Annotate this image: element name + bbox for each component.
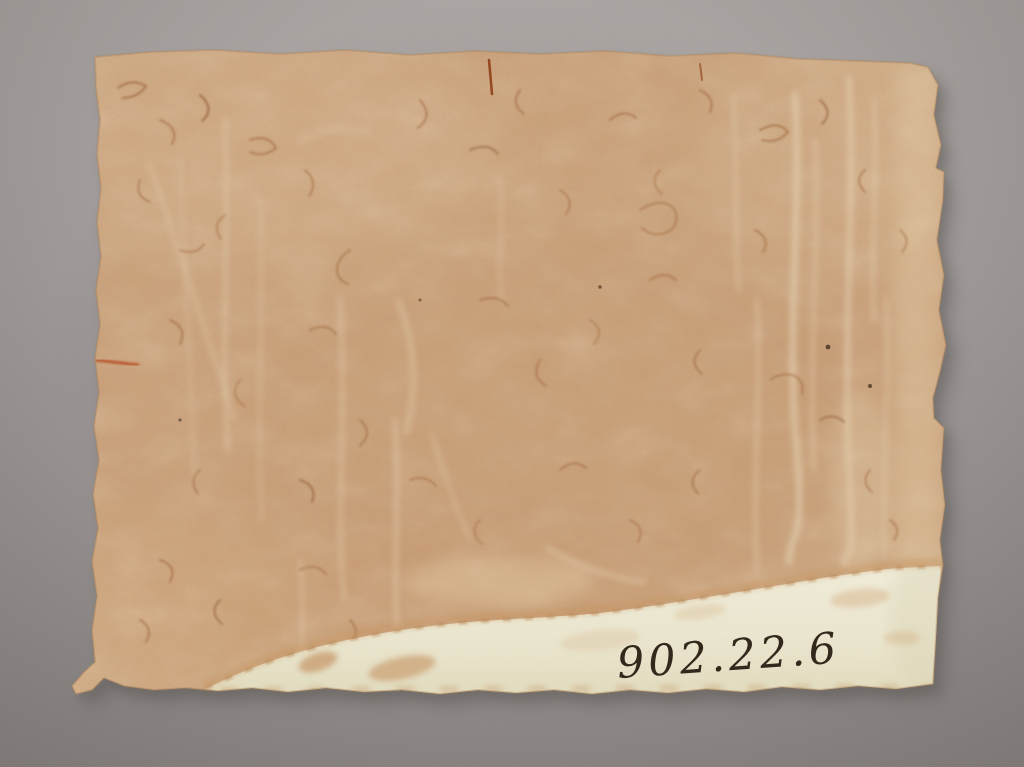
paper-sheet: 902.22.6 [0, 20, 1010, 710]
photo-canvas: 902.22.6 [0, 0, 1024, 767]
specimen-photo: 902.22.6 [0, 0, 1024, 767]
